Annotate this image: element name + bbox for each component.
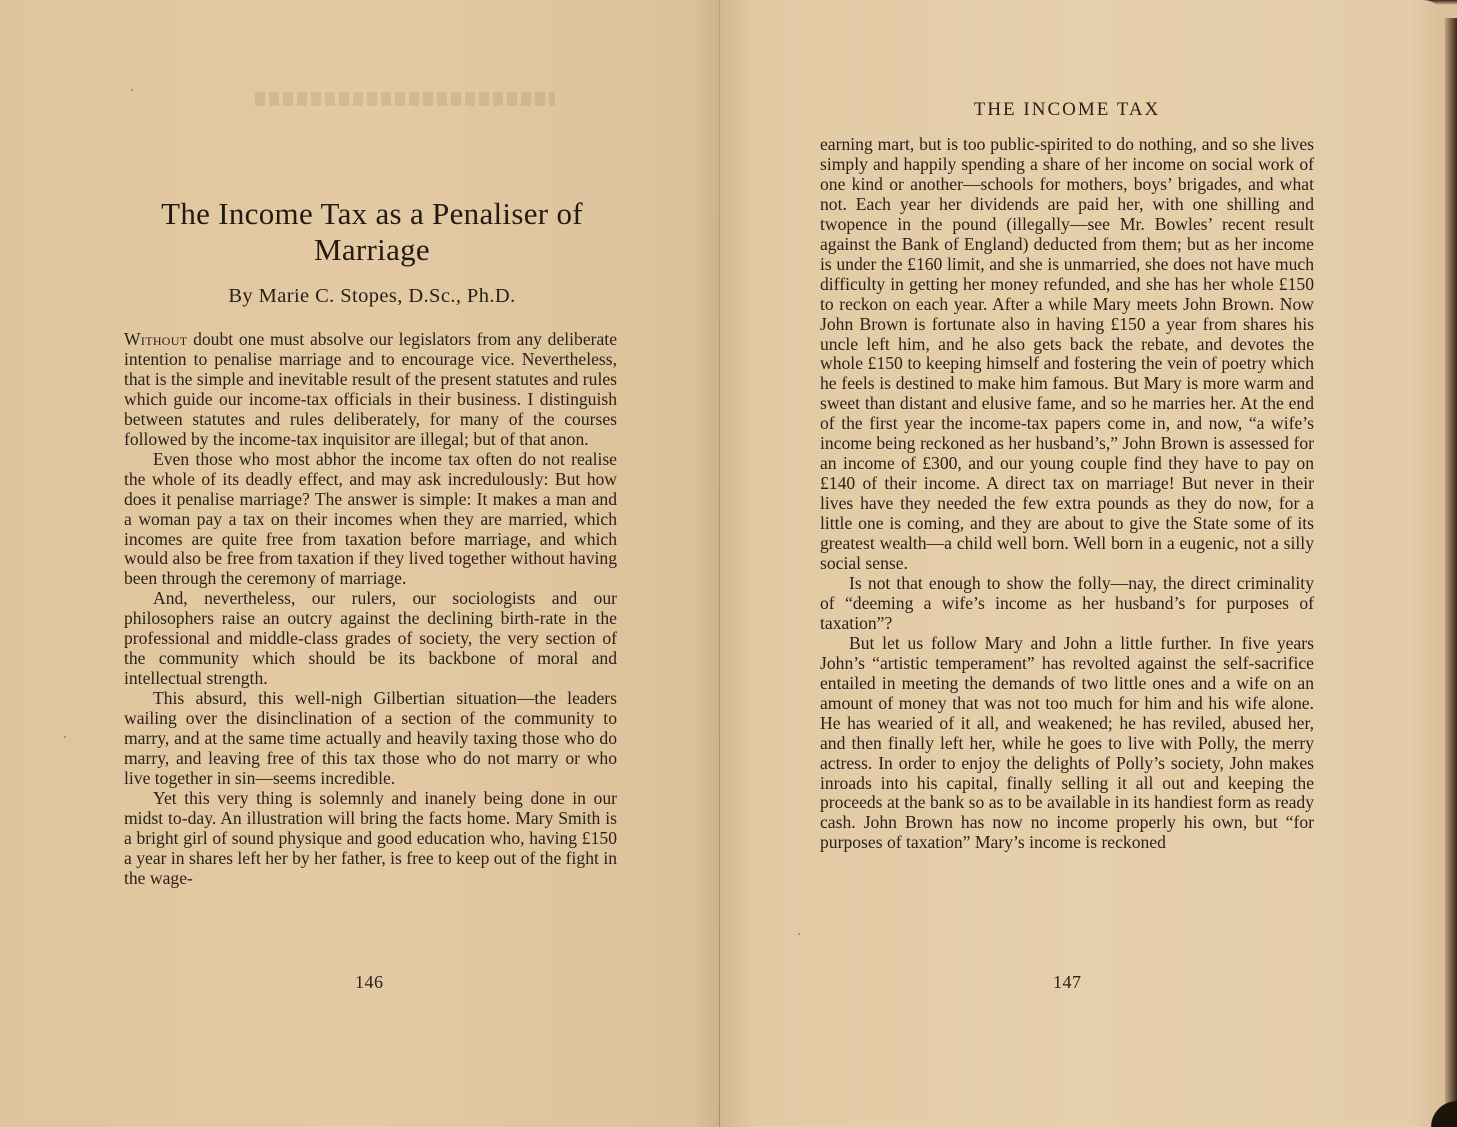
right-page-body: earning mart, but is too public-spirited… [820, 135, 1314, 853]
left-page: The Income Tax as a Penaliser of Marriag… [0, 0, 720, 1127]
bleed-through-running-head [255, 92, 555, 106]
page-number-left: 146 [355, 972, 384, 993]
paragraph-text: doubt one must absolve our legislators f… [124, 329, 617, 449]
author-byline: By Marie C. Stopes, D.Sc., Ph.D. [122, 285, 622, 308]
left-page-body: Without doubt one must absolve our legis… [124, 330, 617, 889]
paragraph: And, nevertheless, our rulers, our socio… [124, 589, 617, 689]
paragraph: Even those who most abhor the income tax… [124, 450, 617, 590]
paper-speck [64, 736, 66, 738]
book-fore-edge [1445, 18, 1457, 1118]
paragraph: This absurd, this well-nigh Gilbertian s… [124, 689, 617, 789]
cover-corner [1427, 1097, 1457, 1127]
article-title: The Income Tax as a Penaliser of Marriag… [122, 196, 622, 268]
paper-speck [131, 89, 133, 91]
running-head: THE INCOME TAX [820, 99, 1314, 121]
paragraph: Is not that enough to show the folly—nay… [820, 574, 1314, 634]
paragraph: But let us follow Mary and John a little… [820, 634, 1314, 853]
opening-smallcaps-word: Without [124, 329, 187, 349]
paragraph: Yet this very thing is solemnly and inan… [124, 789, 617, 889]
paragraph: earning mart, but is too public-spirited… [820, 135, 1314, 574]
book-spread: The Income Tax as a Penaliser of Marriag… [0, 0, 1457, 1127]
paragraph: Without doubt one must absolve our legis… [124, 330, 617, 450]
page-number-right: 147 [1053, 972, 1082, 993]
paper-speck [798, 933, 800, 935]
